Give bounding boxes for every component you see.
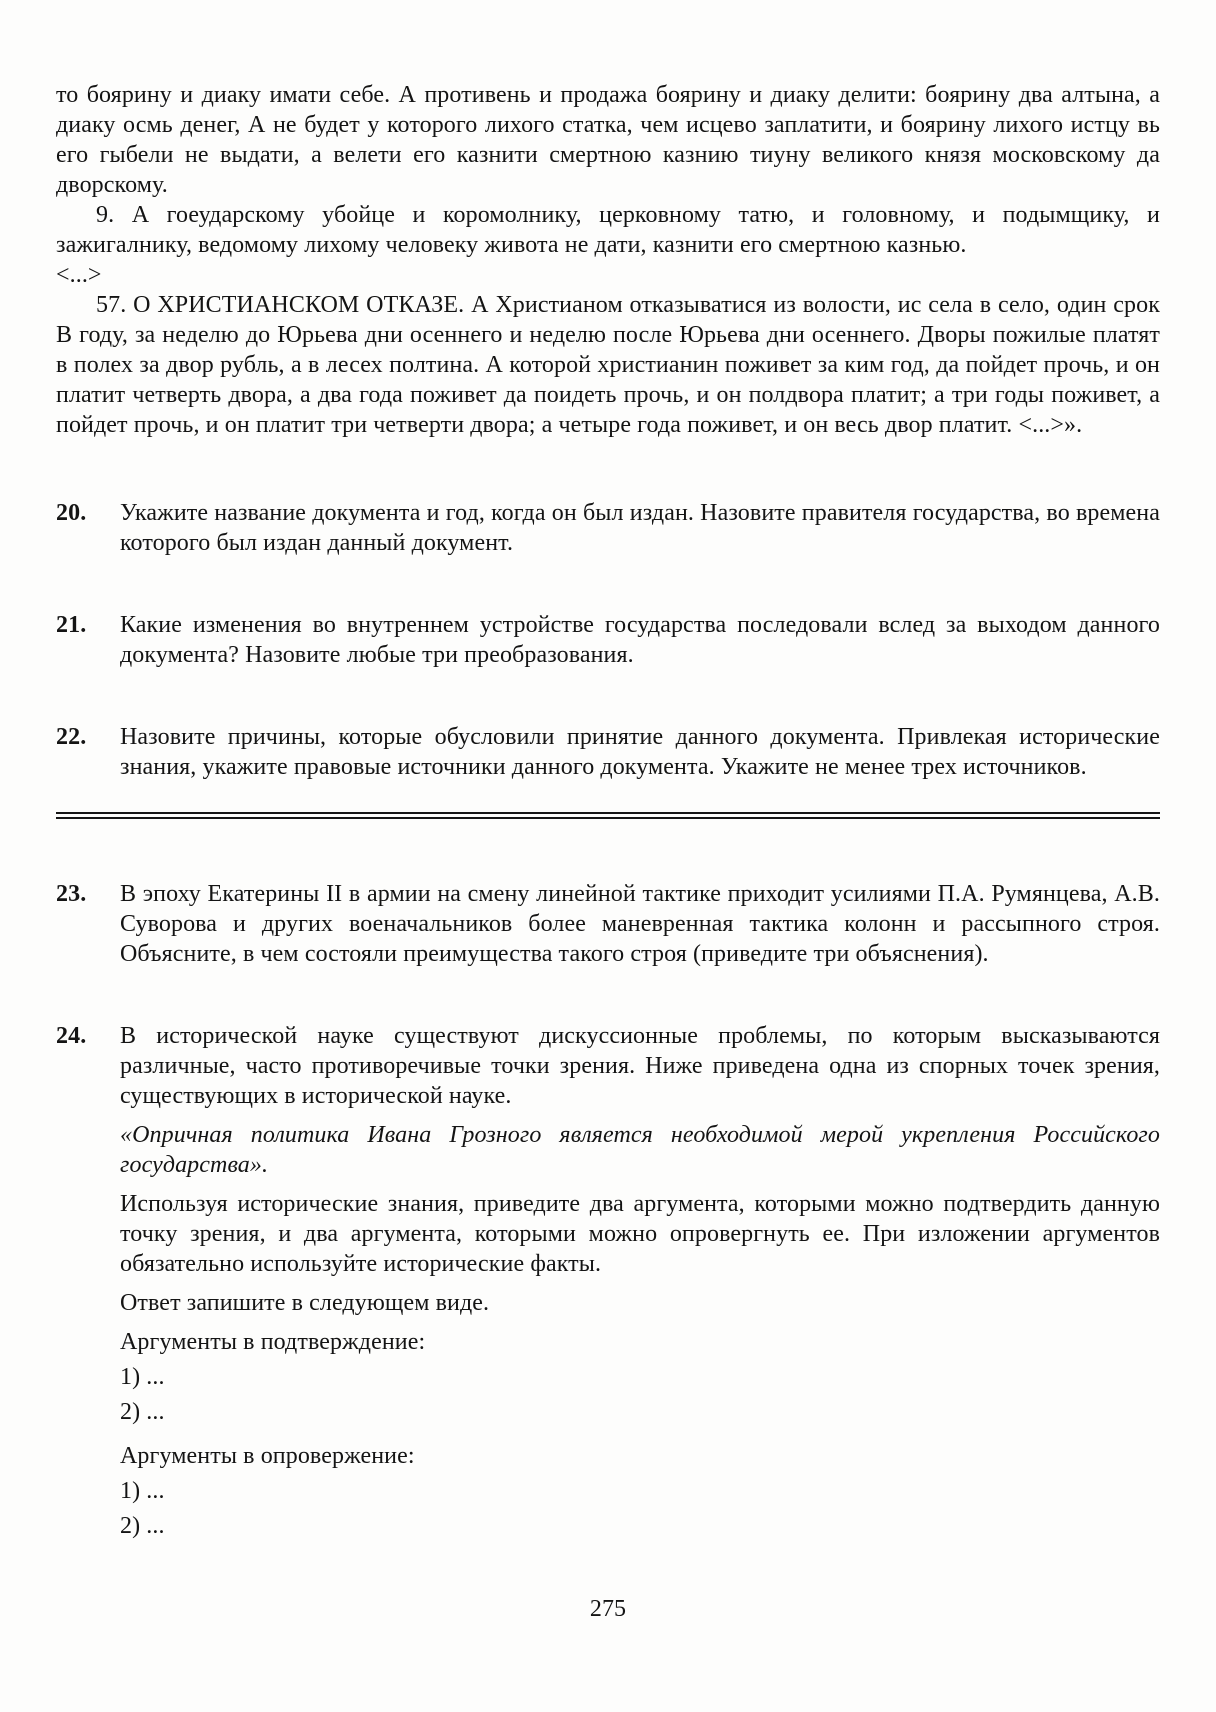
question-24-intro: В исторической науке существуют дискусси… — [120, 1021, 1160, 1111]
arguments-refute-label: Аргументы в опровержение: — [120, 1441, 1160, 1471]
question-20-number: 20. — [56, 498, 120, 558]
confirm-item-2: 2) ... — [120, 1397, 1160, 1427]
question-23-number: 23. — [56, 879, 120, 969]
excerpt-paragraph-1: то боярину и диаку имати себе. А противе… — [56, 80, 1160, 200]
arguments-confirm-label: Аргументы в подтверждение: — [120, 1327, 1160, 1357]
question-20: 20. Укажите название документа и год, ко… — [56, 498, 1160, 558]
question-21-number: 21. — [56, 610, 120, 670]
question-21-text: Какие изменения во внутреннем устройстве… — [120, 610, 1160, 670]
question-24-number: 24. — [56, 1021, 120, 1541]
question-24-quote: «Опричная политика Ивана Грозного являет… — [120, 1120, 1160, 1180]
question-22: 22. Назовите причины, которые обусловили… — [56, 722, 1160, 782]
source-excerpt: то боярину и диаку имати себе. А противе… — [56, 80, 1160, 440]
questions-top-section: 20. Укажите название документа и год, ко… — [56, 498, 1160, 782]
document-page: то боярину и диаку имати себе. А противе… — [0, 0, 1216, 1712]
excerpt-ellipsis: <...> — [56, 260, 1160, 290]
excerpt-paragraph-2: 9. А гоеударскому убойце и коромолнику, … — [56, 200, 1160, 260]
confirm-item-1: 1) ... — [120, 1362, 1160, 1392]
question-24-answer-format: Ответ запишите в следующем виде. — [120, 1288, 1160, 1318]
question-24: 24. В исторической науке существуют диск… — [56, 1021, 1160, 1541]
question-22-number: 22. — [56, 722, 120, 782]
question-22-text: Назовите причины, которые обусловили при… — [120, 722, 1160, 782]
question-23: 23. В эпоху Екатерины II в армии на смен… — [56, 879, 1160, 969]
question-23-text: В эпоху Екатерины II в армии на смену ли… — [120, 879, 1160, 969]
excerpt-paragraph-3: 57. О ХРИСТИАНСКОМ ОТКАЗЕ. А Христианом … — [56, 290, 1160, 440]
questions-bottom-section: 23. В эпоху Екатерины II в армии на смен… — [56, 879, 1160, 1541]
question-21: 21. Какие изменения во внутреннем устрой… — [56, 610, 1160, 670]
section-divider — [56, 812, 1160, 819]
question-20-text: Укажите название документа и год, когда … — [120, 498, 1160, 558]
question-24-task: Используя исторические знания, приведите… — [120, 1189, 1160, 1279]
page-number: 275 — [0, 1594, 1216, 1624]
refute-item-1: 1) ... — [120, 1476, 1160, 1506]
refute-item-2: 2) ... — [120, 1511, 1160, 1541]
